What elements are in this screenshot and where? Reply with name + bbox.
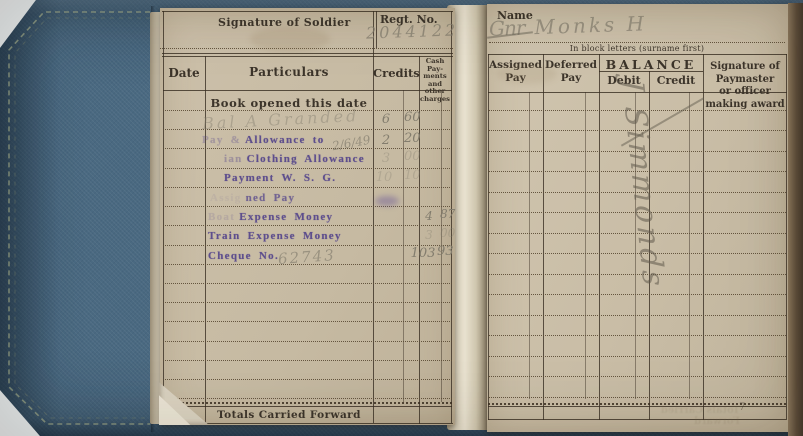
- row-dotted-rule: [488, 294, 786, 295]
- name-dotted-rule: [489, 42, 785, 43]
- showthrough-text: Totals Carried Forward: [615, 405, 740, 427]
- row-dotted-rule: [163, 302, 452, 303]
- entry-faded-prefix: Assig: [210, 192, 242, 204]
- credits-shillings: 2: [373, 133, 399, 148]
- totals-carried-forward-label: Totals Carried Forward: [205, 409, 373, 421]
- entry-faded-prefix: Boat: [208, 211, 235, 223]
- column-rule: [488, 54, 489, 420]
- entry-faded-prefix: Pay &: [202, 134, 241, 146]
- paybook-scan: Signature of Soldier Regt. No. 2044122 D…: [0, 0, 803, 436]
- col-date: Date: [163, 66, 205, 80]
- column-rule: [205, 56, 206, 424]
- name-text: Monks H: [534, 11, 647, 39]
- row-dotted-rule: [163, 379, 452, 380]
- entry-pay-allowance: Pay &Allowance to: [202, 134, 325, 146]
- credits-pence: 00: [404, 149, 421, 164]
- col-balance: BALANCE: [599, 57, 703, 72]
- entry-cheque-no: Cheque No.: [208, 250, 279, 262]
- rule-line: [163, 402, 452, 404]
- header-top-rule: [488, 54, 787, 55]
- cash-pence: 00: [440, 226, 455, 240]
- row-dotted-rule: [163, 360, 452, 361]
- header-bottom-rule: [163, 90, 452, 91]
- entry-date-note: 2/6/49: [331, 133, 371, 153]
- left-page: Signature of Soldier Regt. No. 2044122 D…: [160, 8, 455, 425]
- cash-pence: 87: [440, 207, 455, 221]
- pence-sub-rule: [689, 92, 690, 399]
- page-block-edge: [788, 3, 803, 436]
- paper-stain: [497, 64, 557, 84]
- page-top-rule: [162, 11, 453, 12]
- row-dotted-rule: [488, 376, 786, 377]
- credits-shillings: 3: [373, 151, 399, 166]
- credits-pence: 60: [404, 110, 421, 125]
- row-dotted-rule: [488, 356, 786, 357]
- entry-payment-wsg: Payment W. S. G.: [224, 172, 336, 184]
- entry-expense-money: BoatExpense Money: [208, 211, 333, 223]
- entry-text: Payment W. S. G.: [224, 172, 336, 184]
- column-rule: [599, 54, 600, 420]
- col-cash-payments: Cash Pay- ments and other charges: [418, 58, 452, 104]
- rule-line: [162, 53, 453, 54]
- cash-shillings: 3: [419, 228, 439, 242]
- row-dotted-rule: [163, 398, 452, 399]
- row-dotted-rule: [163, 341, 452, 342]
- entry-text: Expense Money: [239, 211, 333, 223]
- entry-faded-prefix: ian: [224, 153, 243, 165]
- entry-ned-pay: Assigned Pay: [210, 192, 295, 204]
- entry-text: Allowance to: [245, 134, 324, 146]
- credits-pence: 20: [404, 131, 421, 146]
- rule-line: [163, 406, 452, 407]
- column-rule: [543, 54, 544, 420]
- credits-shillings: 10: [371, 170, 397, 185]
- col-particulars: Particulars: [205, 65, 373, 79]
- credits-shillings: 6: [373, 112, 399, 127]
- right-page: Name GnrMonks H In block letters (surnam…: [487, 4, 790, 432]
- cash-pence: 93: [437, 244, 454, 259]
- entry-clothing-allowance: ianClothing Allowance: [224, 153, 365, 165]
- row-dotted-rule: [163, 206, 452, 207]
- paper-stain: [250, 26, 330, 52]
- entry-text: Clothing Allowance: [247, 153, 365, 165]
- entry-train-expense: Train Expense Money: [208, 230, 342, 242]
- cash-shillings: 4: [419, 209, 439, 223]
- pence-sub-rule: [529, 92, 530, 399]
- col-paymaster-signature: Signature of Paymaster or officer making…: [703, 61, 787, 111]
- credits-pence: 10: [404, 168, 421, 183]
- row-dotted-rule: [163, 321, 452, 322]
- entry-text: ned Pay: [246, 192, 296, 204]
- row-dotted-rule: [163, 187, 452, 188]
- row-dotted-rule: [163, 283, 452, 284]
- rule-line: [162, 56, 453, 57]
- row-dotted-rule: [163, 225, 452, 226]
- name-value: GnrMonks H: [489, 11, 648, 41]
- entry-text: Train Expense Money: [208, 230, 342, 242]
- paymaster-signature-value: J Simmonds: [625, 79, 669, 269]
- ink-smudge: [375, 196, 399, 206]
- regt-no-value: 2044122: [366, 20, 459, 42]
- col-credits: Credits: [373, 66, 419, 80]
- row-dotted-rule: [488, 315, 786, 316]
- col-credit: Credit: [649, 74, 703, 87]
- row-dotted-rule: [488, 335, 786, 336]
- entry-text: Cheque No.: [208, 250, 279, 262]
- cash-shillings: 103: [409, 246, 437, 261]
- row-dotted-rule: [488, 397, 786, 398]
- pence-sub-rule: [585, 92, 586, 399]
- block-letters-caption: In block letters (surname first): [527, 44, 747, 53]
